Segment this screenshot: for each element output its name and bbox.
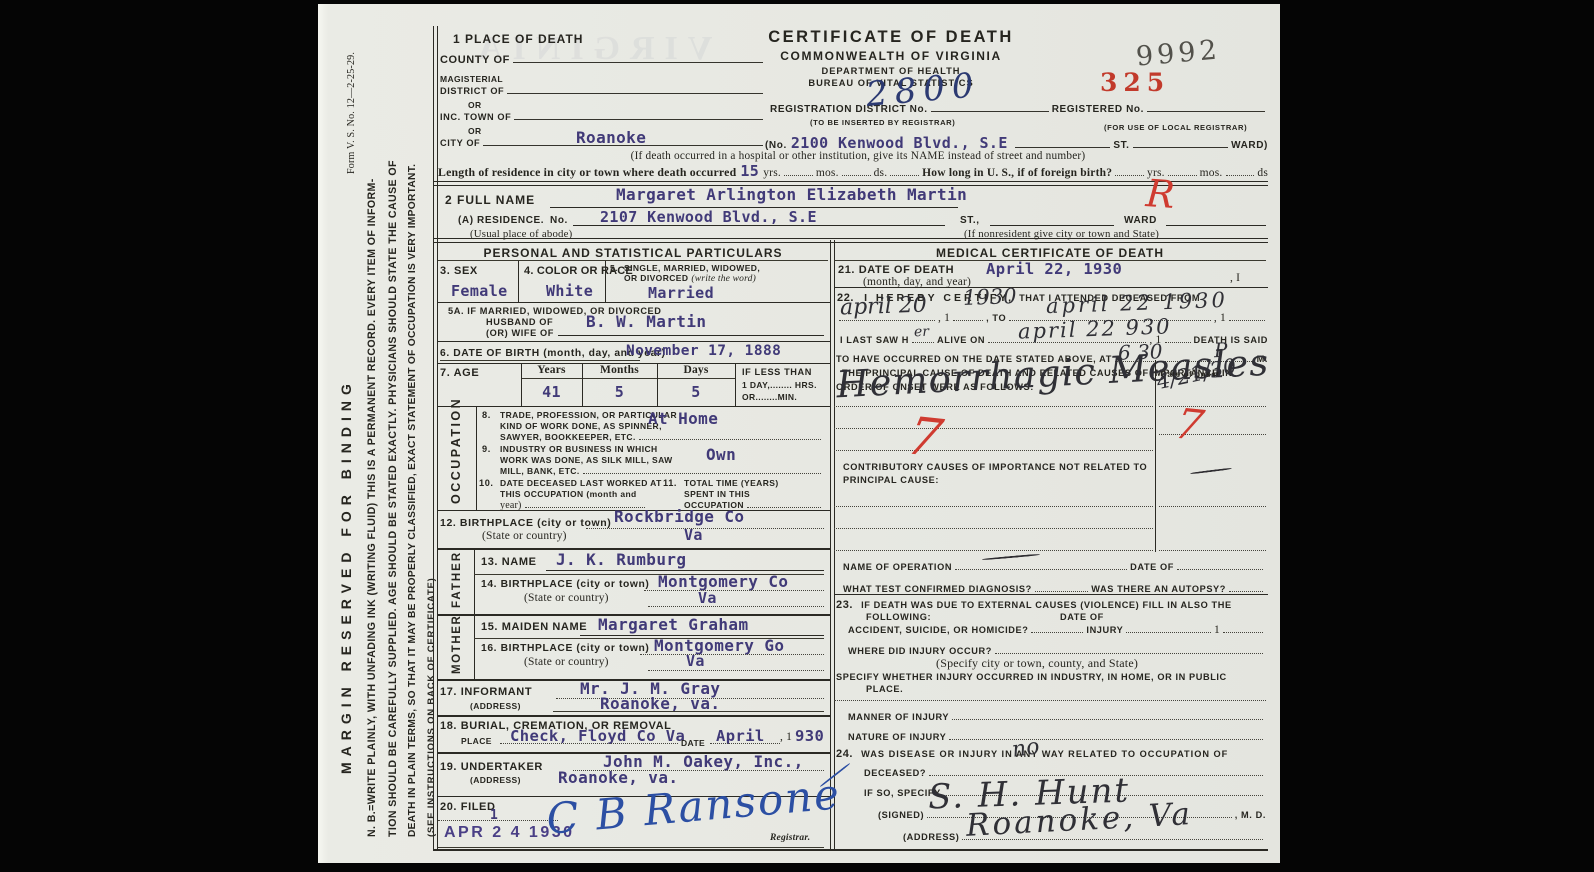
or-label-2: OR (468, 126, 482, 136)
length-of-residence-row: Length of residence in city or town wher… (438, 162, 1268, 180)
external-line1: IF DEATH WAS DUE TO EXTERNAL CAUSES (VIO… (861, 600, 1232, 610)
dotted-line (1159, 406, 1266, 407)
if-less-than-label: IF LESS THAN (742, 367, 812, 377)
test-blank (1035, 591, 1088, 592)
father-birthplace-state: Va (698, 589, 717, 607)
mother-maiden-value: Margaret Graham (598, 615, 749, 634)
city-label: CITY OF (440, 138, 480, 148)
accident-row: ACCIDENT, SUICIDE, OR HOMICIDE? INJURY 1 (848, 624, 1266, 636)
dotted-line (1159, 506, 1266, 507)
occupation-q-number: 24. (836, 748, 853, 760)
dotted-line (834, 506, 1153, 507)
birthplace-state-value: Va (684, 526, 703, 544)
marital-line2-row: OR DIVORCED (write the word) (624, 273, 756, 284)
birthplace-dotted-line (586, 528, 824, 529)
serial-number-stamp: 9992 (1135, 34, 1222, 72)
total-time-number: 11. (663, 478, 677, 488)
left-column-header: PERSONAL AND STATISTICAL PARTICULARS (438, 246, 828, 260)
marital-line1: SINGLE, MARRIED, WIDOWED, (624, 263, 760, 273)
manner-blank (952, 719, 1263, 720)
manner-label: MANNER OF INJURY (848, 712, 949, 722)
external-line2: FOLLOWING: (866, 612, 931, 622)
marital-number: 5. (610, 263, 618, 273)
date-of-death-tail: , I (1230, 272, 1240, 284)
district-label: DISTRICT OF (440, 86, 504, 96)
county-blank-line (513, 62, 763, 63)
red-check-mark-left: 7 (902, 407, 947, 469)
rule (433, 849, 1268, 851)
sex-label: 3. SEX (440, 265, 478, 277)
margin-nb-line1: N. B.=WRITE PLAINLY, WITH UNFADING INK (… (366, 178, 378, 837)
external-number: 23. (836, 599, 853, 611)
local-registrar-note: (FOR USE OF LOCAL REGISTRAR) (1104, 123, 1247, 132)
industry-line1: INDUSTRY OR BUSINESS IN WHICH (500, 444, 658, 454)
informant-address-label: (ADDRESS) (470, 701, 521, 711)
burial-date-label: DATE (681, 738, 705, 748)
birthplace-value: Rockbridge Co (614, 507, 744, 526)
from-blank (839, 320, 935, 321)
trade-number: 8. (482, 410, 491, 420)
inc-town-row: INC. TOWN OF (440, 112, 766, 122)
operation-blank (955, 569, 1127, 570)
trade-line3-row: SAWYER, BOOKKEEPER, ETC. (500, 432, 824, 442)
scanned-death-certificate: Form V. S. No. 12—2-25-29. MARGIN RESERV… (0, 0, 1594, 872)
inserted-by-registrar-note: (TO BE INSERTED BY REGISTRAR) (810, 118, 955, 127)
rule (553, 711, 824, 712)
cell-divider (605, 261, 606, 302)
where-injury-row: WHERE DID INJURY OCCUR? (848, 646, 1266, 656)
spouse-line (558, 335, 824, 336)
trade-blank (639, 439, 821, 440)
autopsy-label: WAS THERE AN AUTOPSY? (1091, 584, 1226, 594)
address-label: (ADDRESS) (903, 832, 959, 842)
father-birthplace-label: 14. BIRTHPLACE (city or town) (481, 579, 649, 590)
dotted-line (834, 428, 1153, 429)
autopsy-blank (1229, 591, 1263, 592)
father-birthplace-sub: (State or country) (524, 592, 609, 604)
specify-city-note: (Specify city or town, county, and State… (936, 656, 1138, 671)
her-blank (912, 342, 934, 343)
operation-date-label: DATE OF (1130, 562, 1174, 572)
residence-line (573, 225, 945, 226)
mother-group-label: MOTHER (451, 615, 463, 674)
cell-divider (582, 363, 583, 406)
rule (834, 594, 1268, 595)
alive-year-blank (1165, 342, 1191, 343)
external-causes-row: 23. IF DEATH WAS DUE TO EXTERNAL CAUSES … (836, 599, 1232, 611)
residence-st-line (990, 225, 1114, 226)
total-time-blank (747, 507, 821, 508)
hospital-note: (If death occurred in a hospital or othe… (498, 150, 1218, 162)
county-row: COUNTY OF (440, 54, 766, 66)
external-date-of: DATE OF (1060, 612, 1104, 622)
nature-label: NATURE OF INJURY (848, 732, 946, 742)
length-of-residence-value: 15 (740, 162, 759, 180)
specify-line2: PLACE. (866, 684, 903, 694)
burial-date-dotted (710, 743, 780, 744)
where-injury-label: WHERE DID INJURY OCCUR? (848, 646, 992, 656)
form-number: Form V. S. No. 12—2-25-29. (346, 52, 357, 174)
mos-label: mos. (816, 167, 839, 179)
margin-binding-note: MARGIN RESERVED FOR BINDING (338, 378, 354, 774)
how-long-us-label: How long in U. S., if of foreign birth? (922, 167, 1112, 179)
date-of-death-label: 21. DATE OF DEATH (838, 264, 954, 276)
rule (438, 847, 824, 848)
undertaker-label: 19. UNDERTAKER (440, 761, 543, 773)
father-name-label: 13. NAME (481, 556, 537, 568)
column-divider (830, 240, 835, 849)
trade-value: At Home (648, 409, 718, 428)
burial-year-value: 930 (795, 727, 824, 745)
industry-line2: WORK WAS DONE, AS SILK MILL, SAW (500, 455, 673, 465)
occupation-q-line1: WAS DISEASE OR INJURY IN ANY WAY RELATED… (861, 749, 1228, 759)
ward-label: WARD) (1231, 140, 1268, 151)
residence-a-label: (A) RESIDENCE. (458, 215, 544, 226)
or-label-1: OR (468, 100, 482, 110)
date-of-death-value: April 22, 1930 (986, 260, 1122, 278)
attended-from-year-handwritten: 1930 (963, 284, 1017, 310)
rule (437, 341, 830, 342)
registrar-label: Registrar. (770, 833, 810, 843)
color-race-value: White (546, 282, 593, 300)
father-birthplace-dotted (644, 590, 824, 591)
from-year-blank (953, 320, 983, 321)
mother-birthplace-state: Va (686, 652, 705, 670)
rule (437, 302, 830, 303)
last-worked-line1: DATE DECEASED LAST WORKED AT (500, 478, 662, 488)
signed-label: (SIGNED) (878, 810, 924, 820)
father-birthplace-value: Montgomery Co (658, 572, 788, 591)
district-row: DISTRICT OF (440, 86, 766, 96)
age-years-header: Years (521, 364, 582, 376)
industry-line3-row: MILL, BANK, ETC. (500, 466, 824, 476)
mos2-label: mos. (1200, 167, 1223, 179)
street-blank (1015, 147, 1111, 148)
filed-label: 20. FILED (440, 801, 496, 813)
red-r-mark: R (1145, 171, 1177, 217)
rule (438, 260, 828, 261)
commonwealth-subtitle: COMMONWEALTH OF VIRGINIA (755, 49, 1027, 63)
mos-blank (842, 175, 871, 176)
registered-no-blank (1147, 111, 1265, 112)
birthplace-sub-label: (State or country) (482, 530, 567, 542)
cell-divider (735, 363, 736, 406)
date-of-birth-value: November 17, 1888 (626, 343, 781, 359)
informant-label: 17. INFORMANT (440, 686, 532, 698)
trade-line2: KIND OF WORK DONE, AS SPINNER, (500, 421, 662, 431)
test-autopsy-row: WHAT TEST CONFIRMED DIAGNOSIS? WAS THERE… (843, 584, 1266, 594)
age-days-header: Days (657, 364, 735, 376)
industry-line3: MILL, BANK, ETC. (500, 466, 580, 476)
certificate-title: CERTIFICATE OF DEATH (755, 28, 1027, 47)
mother-maiden-label: 15. MAIDEN NAME (481, 621, 587, 633)
occupation-group-label: OCCUPATION (449, 397, 463, 504)
rule (440, 360, 640, 361)
right-column-header: MEDICAL CERTIFICATE OF DEATH (834, 246, 1266, 260)
filed-entry: 1 (490, 808, 498, 823)
father-group-divider (474, 550, 475, 614)
last-worked-line2: THIS OCCUPATION (month and (500, 489, 637, 499)
ds-label: ds. (874, 167, 888, 179)
residence-st-label: ST., (960, 215, 980, 226)
length-of-residence-label: Length of residence in city or town wher… (438, 165, 736, 180)
burial-place-label: PLACE (461, 736, 492, 746)
father-name-value: J. K. Rumburg (556, 550, 686, 569)
registered-no-label: REGISTERED No. (1052, 104, 1144, 115)
margin-nb-line3: DEATH IN PLAIN TERMS, SO THAT IT MAY BE … (407, 164, 418, 837)
contributory-line2: PRINCIPAL CAUSE: (843, 475, 939, 485)
us-ds-blank (1226, 175, 1255, 176)
or-min-label: OR........MIN. (742, 392, 797, 402)
marital-line2: OR DIVORCED (624, 273, 688, 283)
last-worked-number: 10. (479, 478, 494, 488)
total-time-line1: TOTAL TIME (YEARS) (684, 478, 779, 488)
injury-blank (1126, 632, 1211, 633)
accident-blank (1031, 632, 1083, 633)
deceased-label: DECEASED? (864, 768, 926, 778)
registration-district-row: REGISTRATION DISTRICT No. REGISTERED No. (770, 104, 1268, 115)
father-state-dotted (648, 606, 824, 607)
mother-birthplace-dotted (640, 654, 824, 655)
father-group-label: FATHER (451, 551, 463, 608)
mother-birthplace-label: 16. BIRTHPLACE (city or town) (481, 643, 649, 654)
occupation-group-divider (476, 406, 477, 510)
last-saw-label: I LAST SAW H (840, 335, 909, 345)
mother-birthplace-sub: (State or country) (524, 656, 609, 668)
industry-number: 9. (482, 444, 491, 454)
spouse-line3: (OR) WIFE OF (486, 328, 554, 338)
local-number-stamp: 325 (1100, 68, 1170, 97)
trade-line3: SAWYER, BOOKKEEPER, ETC. (500, 432, 636, 442)
specify-line1: SPECIFY WHETHER INJURY OCCURRED IN INDUS… (836, 672, 1227, 682)
place-of-death-title: 1 PLACE OF DEATH (453, 32, 583, 46)
st-blank (1133, 147, 1229, 148)
manner-row: MANNER OF INJURY (848, 712, 1266, 722)
occupation-q-answer-handwritten: no (1010, 734, 1041, 763)
to-c2: , 1 (1214, 312, 1226, 324)
mother-birthplace-value: Montgomery Go (654, 636, 784, 655)
operation-row: NAME OF OPERATION DATE OF (843, 562, 1266, 572)
inc-town-label: INC. TOWN OF (440, 112, 511, 122)
rule (433, 238, 1268, 243)
injury-label: INJURY (1086, 625, 1123, 635)
age-label: 7. AGE (440, 367, 479, 379)
form-left-border (433, 26, 438, 849)
injury-blank2 (1223, 632, 1263, 633)
age-months-header: Months (582, 364, 657, 376)
nature-row: NATURE OF INJURY (848, 732, 1266, 742)
nature-blank (949, 739, 1263, 740)
attended-from-handwritten: april 20 (840, 292, 928, 320)
registration-district-blank (931, 111, 1049, 112)
her-handwritten: er (914, 324, 930, 341)
residence-value: 2107 Kenwood Blvd., S.E (600, 208, 817, 226)
handwritten-dash-operation (982, 553, 1040, 560)
city-value: Roanoke (576, 128, 646, 147)
rule (437, 715, 830, 717)
residence-ward-line (1166, 225, 1266, 226)
dotted-line (834, 528, 1153, 529)
rule (521, 378, 735, 379)
margin-nb-line2: TION SHOULD BE CAREFULLY SUPPLIED. AGE S… (387, 160, 399, 837)
age-days-value: 5 (657, 383, 735, 401)
dotted-line (834, 700, 1266, 701)
accident-label: ACCIDENT, SUICIDE, OR HOMICIDE? (848, 625, 1028, 635)
mother-state-dotted (648, 670, 824, 671)
marital-note: (write the word) (691, 274, 756, 284)
spouse-line2: HUSBAND OF (486, 317, 553, 327)
operation-date-blank (1177, 569, 1263, 570)
dotted-line (1159, 550, 1266, 551)
contributory-line1: CONTRIBUTORY CAUSES OF IMPORTANCE NOT RE… (843, 462, 1147, 472)
us-yrs-blank (1115, 175, 1144, 176)
to-year-blank (1229, 320, 1265, 321)
where-injury-blank (995, 653, 1263, 654)
from-c1: , 1 (938, 312, 950, 324)
md-label: , M. D. (1235, 810, 1266, 820)
magisterial-label: MAGISTERIAL (440, 74, 503, 84)
county-label: COUNTY OF (440, 54, 510, 66)
undertaker-address-label: (ADDRESS) (470, 775, 521, 785)
mother-group-divider (474, 616, 475, 680)
district-blank-line (507, 93, 763, 94)
dotted-line (834, 406, 1153, 407)
cell-divider (518, 261, 519, 302)
operation-label: NAME OF OPERATION (843, 562, 952, 572)
certificate-page: Form V. S. No. 12—2-25-29. MARGIN RESERV… (318, 4, 1280, 863)
cell-divider (521, 363, 522, 406)
full-name-value: Margaret Arlington Elizabeth Martin (616, 185, 967, 204)
ds-blank (890, 175, 919, 176)
industry-blank (583, 473, 821, 474)
yrs-label: yrs. (763, 167, 781, 179)
father-name-line (546, 570, 824, 571)
dotted-line (834, 550, 1153, 551)
alive-on-label: ALIVE ON (937, 335, 985, 345)
burial-place-dotted (500, 743, 678, 744)
onset-column-divider (1155, 360, 1156, 552)
yrs-blank (784, 175, 813, 176)
spouse-value: B. W. Martin (586, 312, 706, 331)
industry-value: Own (706, 445, 736, 464)
dotted-line (834, 450, 1153, 451)
burial-year-prefix: , 1 (780, 731, 792, 743)
total-time-line2: SPENT IN THIS (684, 489, 750, 499)
test-label: WHAT TEST CONFIRMED DIAGNOSIS? (843, 584, 1032, 594)
cell-divider (657, 363, 658, 406)
handwritten-dash-onset (1190, 467, 1232, 474)
age-months-value: 5 (582, 383, 657, 401)
one-day-hrs-label: 1 DAY,........ HRS. (742, 380, 817, 390)
to-label: , TO (986, 313, 1006, 323)
injury-one: 1 (1214, 624, 1220, 636)
full-name-label: 2 FULL NAME (445, 193, 535, 207)
rule (437, 406, 830, 407)
residence-no-label: No. (550, 215, 568, 226)
sex-value: Female (451, 282, 508, 300)
age-years-value: 41 (521, 383, 582, 401)
residence-ward-label: WARD (1124, 215, 1157, 226)
inc-town-blank-line (514, 119, 763, 120)
marital-value: Married (648, 284, 714, 302)
ds2-label: ds (1257, 167, 1268, 179)
